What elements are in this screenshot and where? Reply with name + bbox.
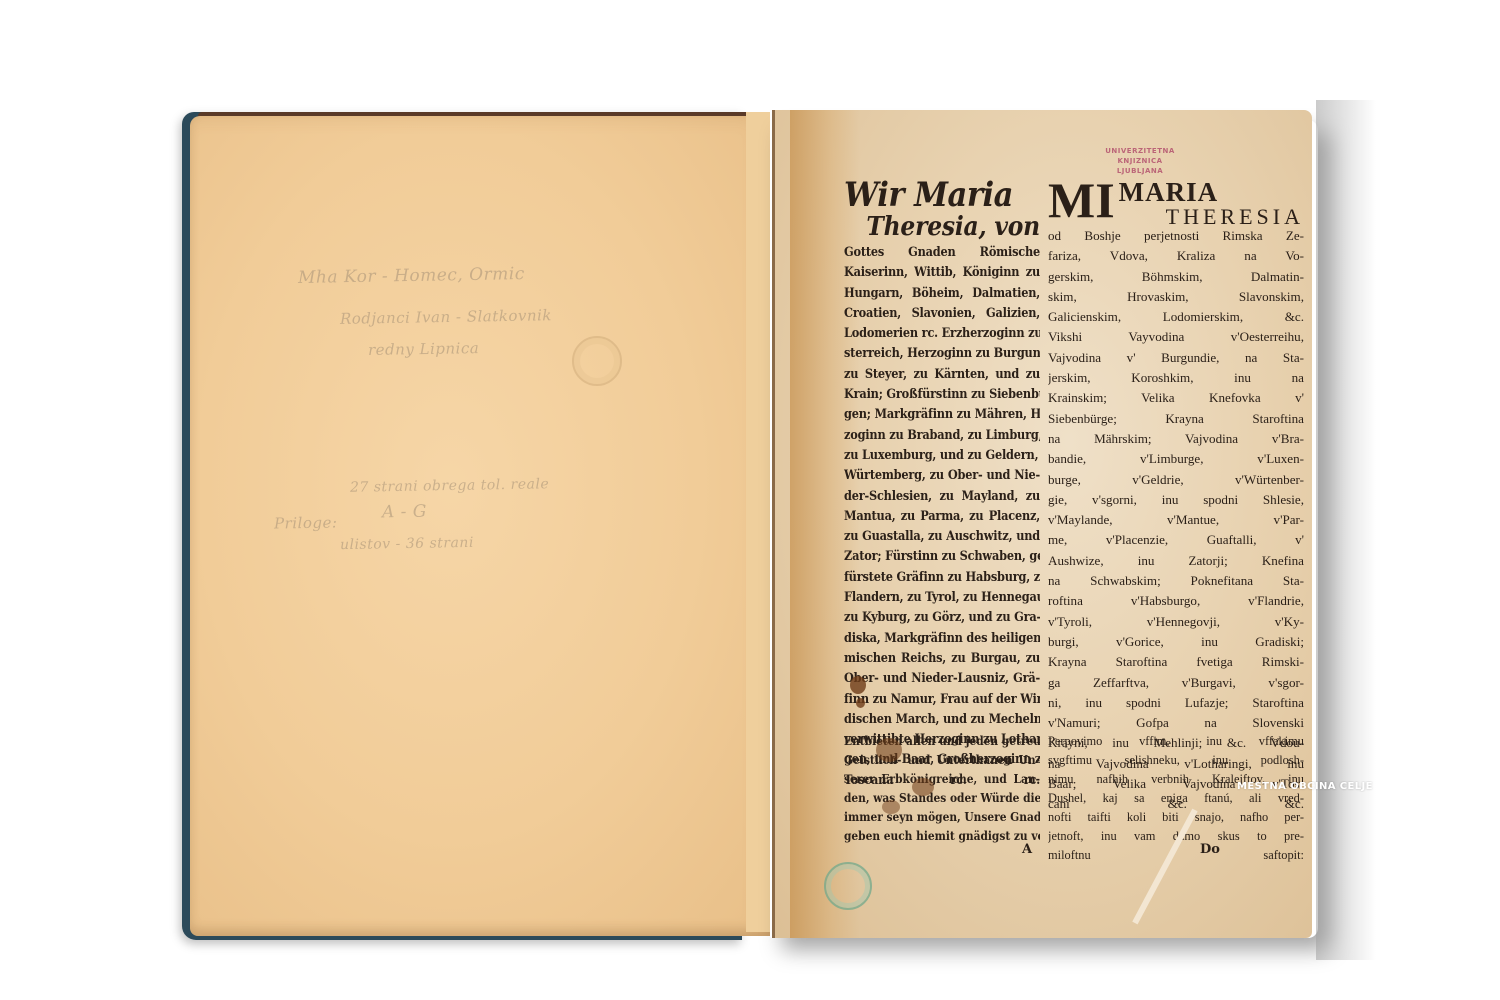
cover-top-edge bbox=[198, 112, 750, 116]
text-line: Galicienskim, Lodomierskim, &c. bbox=[1048, 307, 1304, 327]
text-line: geben euch hiemit gnädigst zu vernehmen; bbox=[844, 827, 1040, 846]
edge-shadow bbox=[1316, 100, 1376, 960]
pencil-note-sheets: ulistov - 36 strani bbox=[340, 535, 474, 553]
text-line: zu Luxemburg, und zu Geldern, zu bbox=[844, 445, 1040, 465]
text-line: fürstete Gräfinn zu Habsburg, zu bbox=[844, 567, 1040, 587]
german-column: Wir Maria Theresia, von Gottes Gnaden Rö… bbox=[844, 178, 1040, 790]
ink-stain bbox=[912, 778, 934, 796]
text-line: jerskim, Koroshkim, inu na bbox=[1048, 368, 1304, 388]
text-line: Gottes Gnaden Römische bbox=[844, 242, 1040, 262]
pencil-note-1: Mha Kor - Homec, Ormic bbox=[298, 264, 525, 288]
text-line: bandie, v'Limburge, v'Luxen- bbox=[1048, 449, 1304, 469]
text-line: zu Kyburg, zu Görz, und zu Gra- bbox=[844, 607, 1040, 627]
slovene-column: MI MARIA THERESIA od Boshje perjetnosti … bbox=[1048, 178, 1304, 815]
text-line: v'Namuri; Gofpa na Slovenski bbox=[1048, 713, 1304, 733]
slovene-title-initial: MI bbox=[1048, 178, 1115, 222]
text-line: gie, v'sgorni, inu spodni Shlesie, bbox=[1048, 490, 1304, 510]
text-line: ga Zeffarftva, v'Burgavi, v'sgor- bbox=[1048, 673, 1304, 693]
text-line: Krainskim; Velika Knefovka v' bbox=[1048, 388, 1304, 408]
open-book: Mha Kor - Homec, Ormic Rodjanci Ivan - S… bbox=[0, 0, 1500, 1000]
left-endpaper: Mha Kor - Homec, Ormic Rodjanci Ivan - S… bbox=[190, 116, 770, 936]
text-line: zu Guastalla, zu Auschwitz, und bbox=[844, 526, 1040, 546]
library-stamp-green bbox=[824, 862, 872, 910]
text-line: sterreich, Herzoginn zu Burgund, bbox=[844, 343, 1040, 363]
slovene-text-body: od Boshje perjetnosti Rimska Ze-fariza, … bbox=[1048, 226, 1304, 815]
text-line: Vajvodina v' Burgundie, na Sta- bbox=[1048, 348, 1304, 368]
text-line: burge, v'Geldrie, v'Würtenber- bbox=[1048, 470, 1304, 490]
text-line: burgi, v'Gorice, inu Gradiski; bbox=[1048, 632, 1304, 652]
text-line: Krain; Großfürstinn zu Siebenbür- bbox=[844, 384, 1040, 404]
signature-mark: A bbox=[1022, 842, 1032, 857]
ink-stain bbox=[882, 800, 900, 814]
watermark-text: MESTNA OBČINA CELJE bbox=[1237, 781, 1500, 792]
text-line: Croatien, Slavonien, Galizien, bbox=[844, 303, 1040, 323]
pencil-note-3: redny Lipnica bbox=[368, 339, 480, 359]
text-line: na Schwabskim; Poknefitana Sta- bbox=[1048, 571, 1304, 591]
decree-page: UNIVERZITETNA KNJIZNICA LJUBLJANA Wir Ma… bbox=[772, 110, 1312, 938]
text-line: Hungarn, Böheim, Dalmatien, bbox=[844, 283, 1040, 303]
text-line: immer seyn mögen, Unsere Gnade, und bbox=[844, 808, 1040, 827]
slovene-title: MI MARIA THERESIA bbox=[1048, 178, 1304, 228]
german-title-line-2: Theresia, von bbox=[844, 212, 1040, 242]
text-line: Vikshi Vayvodina v'Oesterreihu, bbox=[1048, 327, 1304, 347]
text-line: zoginn zu Braband, zu Limburg, bbox=[844, 425, 1040, 445]
text-line: Kaiserinn, Wittib, Königinn zu bbox=[844, 262, 1040, 282]
text-line: svgftimu selishneku, inu podlosh- bbox=[1048, 751, 1304, 770]
faint-round-stamp bbox=[572, 336, 622, 386]
text-line: nofti taifti koli biti snajo, nafho per- bbox=[1048, 808, 1304, 827]
text-line: zu Steyer, zu Kärnten, und zu bbox=[844, 364, 1040, 384]
ink-stain bbox=[856, 698, 865, 708]
catchword: Do bbox=[1200, 842, 1220, 857]
german-lower-paragraph: Entbieten allen und jeden getreuenGeistl… bbox=[844, 732, 1040, 846]
text-line: Lodomerien rc. Erzherzoginn zu Oe- bbox=[844, 323, 1040, 343]
pencil-note-label: Priloge: bbox=[274, 513, 338, 532]
text-line: Ober- und Nieder-Lausniz, Grä- bbox=[844, 668, 1040, 688]
text-line: mischen Reichs, zu Burgau, zu bbox=[844, 648, 1040, 668]
ink-stain bbox=[876, 738, 902, 762]
text-line: ni, inu spodni Lufazje; Staroftina bbox=[1048, 693, 1304, 713]
text-line: den, was Standes oder Würde dieselben bbox=[844, 789, 1040, 808]
pencil-note-pages: 27 strani obrega tol. reale bbox=[350, 476, 549, 495]
text-line: gen; Markgräfinn zu Mähren, Her- bbox=[844, 404, 1040, 424]
pencil-note-range: A - G bbox=[382, 502, 427, 523]
gutter-line bbox=[772, 110, 775, 938]
slovene-title-line-2: THERESIA bbox=[1119, 206, 1304, 228]
text-line: me, v'Placenzie, Guaftalli, v' bbox=[1048, 530, 1304, 550]
text-line: v'Tyroli, v'Hennegovji, v'Ky- bbox=[1048, 612, 1304, 632]
ink-stain bbox=[850, 676, 866, 694]
slovene-title-line-1: MARIA bbox=[1119, 178, 1304, 206]
text-line: Zator; Fürstinn zu Schwaben, ge- bbox=[844, 546, 1040, 566]
text-line: Würtemberg, zu Ober- und Nie- bbox=[844, 465, 1040, 485]
text-line: Perpovimo vffim, inu vffakimu bbox=[1048, 732, 1304, 751]
stamp-line-1: UNIVERZITETNA KNJIZNICA bbox=[1090, 146, 1190, 166]
text-line: fariza, Vdova, Kraliza na Vo- bbox=[1048, 246, 1304, 266]
text-line: gerskim, Böhmskim, Dalmatin- bbox=[1048, 267, 1304, 287]
page-fold bbox=[746, 112, 770, 932]
text-line: der-Schlesien, zu Mayland, zu bbox=[844, 486, 1040, 506]
text-line: v'Maylande, v'Mantue, v'Par- bbox=[1048, 510, 1304, 530]
text-line: dischen March, und zu Mecheln rc.; bbox=[844, 709, 1040, 729]
text-line: Krayna Staroftina fvetiga Rimski- bbox=[1048, 652, 1304, 672]
pencil-note-2: Rodjanci Ivan - Slatkovnik bbox=[340, 306, 552, 328]
text-line: serer Erbkönigreiche, und Lan- bbox=[844, 770, 1040, 789]
german-title-line-1: Wir Maria bbox=[844, 178, 1040, 212]
text-line: skim, Hrovaskim, Slavonskim, bbox=[1048, 287, 1304, 307]
text-line: Entbieten allen und jeden getreuen bbox=[844, 732, 1040, 751]
text-line: Geistlich- und Unterthanen Un- bbox=[844, 751, 1040, 770]
text-line: Mantua, zu Parma, zu Placenz, bbox=[844, 506, 1040, 526]
text-line: finn zu Namur, Frau auf der Win- bbox=[844, 689, 1040, 709]
german-text-body: Gottes Gnaden RömischeKaiserinn, Wittib,… bbox=[844, 242, 1040, 790]
text-line: Siebenbürge; Krayna Staroftina bbox=[1048, 409, 1304, 429]
text-line: Aushwize, inu Zatorji; Knefina bbox=[1048, 551, 1304, 571]
text-line: Flandern, zu Tyrol, zu Hennegau, bbox=[844, 587, 1040, 607]
text-line: diska, Markgräfinn des heiligen Rö- bbox=[844, 628, 1040, 648]
text-line: na Mährskim; Vajvodina v'Bra- bbox=[1048, 429, 1304, 449]
text-line: od Boshje perjetnosti Rimska Ze- bbox=[1048, 226, 1304, 246]
text-line: roftina v'Habsburgo, v'Flandrie, bbox=[1048, 591, 1304, 611]
